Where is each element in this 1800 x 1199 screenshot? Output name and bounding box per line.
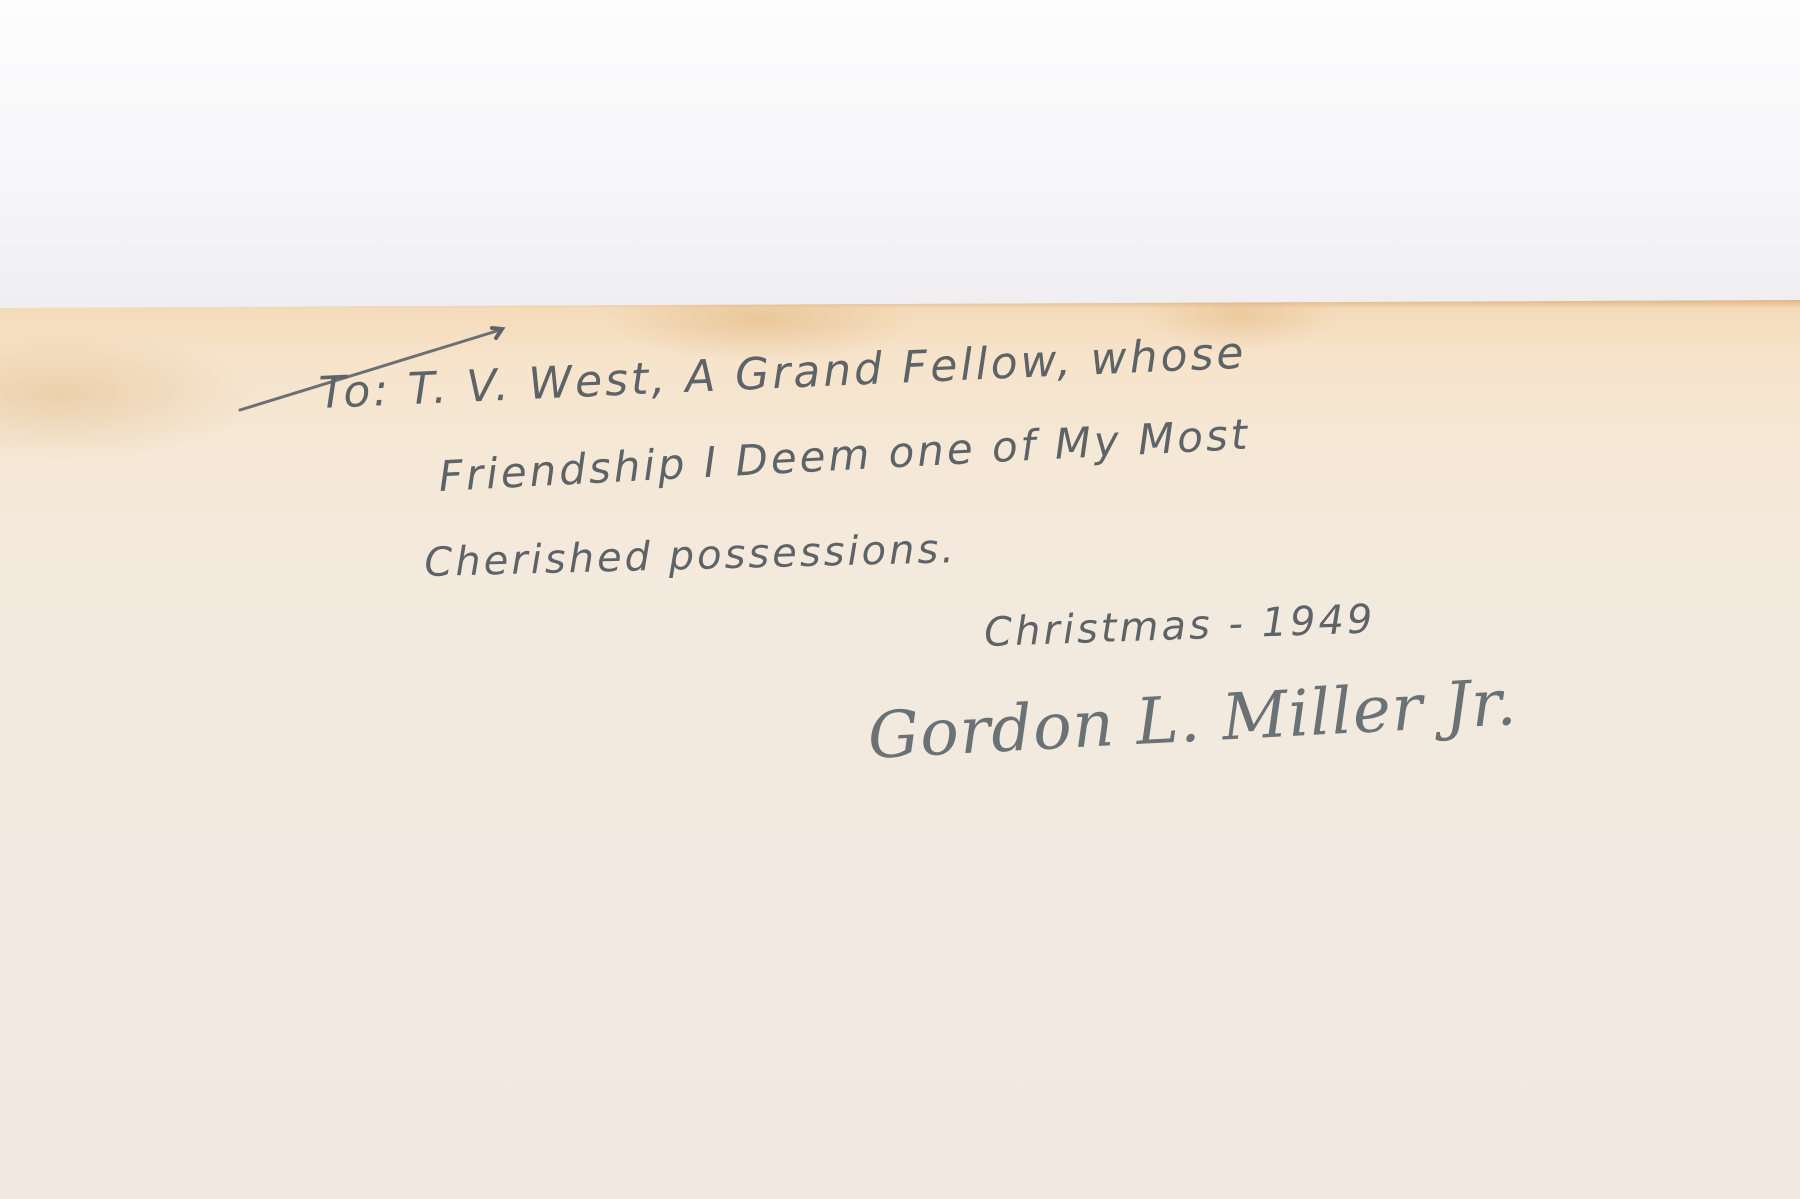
white-backdrop [0,0,1800,320]
